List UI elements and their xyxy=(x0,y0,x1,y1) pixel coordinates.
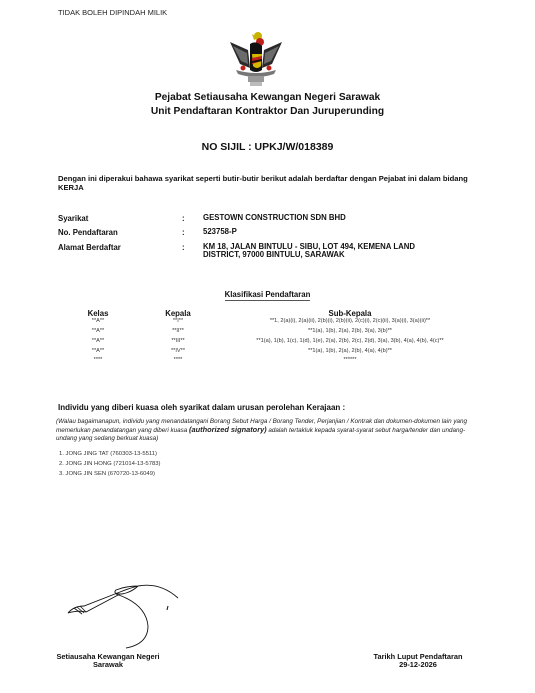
authorized-persons-title: Individu yang diberi kuasa oleh syarikat… xyxy=(58,403,345,412)
row-kelas: **A** xyxy=(58,328,138,334)
row-kelas: **A** xyxy=(58,338,138,344)
signatory-title: Setiausaha Kewangan Negeri Sarawak xyxy=(48,653,168,670)
expiry-date-block: Tarikh Luput Pendaftaran 29-12-2026 xyxy=(358,653,478,670)
field-colon: : xyxy=(182,228,185,237)
row-kelas: **A** xyxy=(58,318,138,324)
row-kelas: **** xyxy=(58,357,138,363)
non-transferable-note: TIDAK BOLEH DIPINDAH MILIK xyxy=(58,8,167,17)
row-sub-kepala: ****** xyxy=(205,357,495,363)
certificate-number: NO SIJIL : UPKJ/W/018389 xyxy=(0,141,535,153)
header-sub-kepala: Sub-Kepala xyxy=(205,309,495,318)
certification-statement: Dengan ini diperakui bahawa syarikat sep… xyxy=(58,175,478,192)
office-name: Pejabat Setiausaha Kewangan Negeri Saraw… xyxy=(0,92,535,103)
row-kelas: **A** xyxy=(58,348,138,354)
row-sub-kepala: **1(a), 1(b), 1(c), 1(d), 1(e), 2(a), 2(… xyxy=(205,338,495,344)
authorized-person: 2. JONG JIN HONG (721014-13-5783) xyxy=(59,461,161,467)
registration-number: 523758-P xyxy=(203,228,453,236)
field-label: No. Pendaftaran xyxy=(58,228,118,237)
signature xyxy=(60,570,180,650)
row-sub-kepala: **1(a), 1(b), 2(a), 2(b), 4(a), 4(b)** xyxy=(205,348,495,354)
field-colon: : xyxy=(182,243,185,252)
unit-name: Unit Pendaftaran Kontraktor Dan Juruperu… xyxy=(0,106,535,117)
row-sub-kepala: **1(a), 1(b), 2(a), 2(b), 3(a), 3(b)** xyxy=(205,328,495,334)
field-colon: : xyxy=(182,214,185,223)
field-label: Syarikat xyxy=(58,214,88,223)
company-name: GESTOWN CONSTRUCTION SDN BHD xyxy=(203,214,453,222)
expiry-date: 29-12-2026 xyxy=(358,661,478,669)
authorized-person: 1. JONG JING TAT (760303-13-5511) xyxy=(59,451,157,457)
sarawak-coat-of-arms-icon xyxy=(228,28,284,88)
authorized-signatory-note: (Walau bagaimanapun, individu yang menan… xyxy=(56,418,476,444)
row-sub-kepala: **1, 2(a)(i), 2(a)(ii), 2(b)(i), 2(b)(ii… xyxy=(205,318,495,324)
field-label: Alamat Berdaftar xyxy=(58,243,121,252)
registered-address: KM 18, JALAN BINTULU - SIBU, LOT 494, KE… xyxy=(203,243,453,260)
authorized-person: 3. JONG JIN SEN (670720-13-6049) xyxy=(59,471,155,477)
classification-title: Klasifikasi Pendaftaran xyxy=(0,290,535,299)
header-kelas: Kelas xyxy=(58,309,138,318)
